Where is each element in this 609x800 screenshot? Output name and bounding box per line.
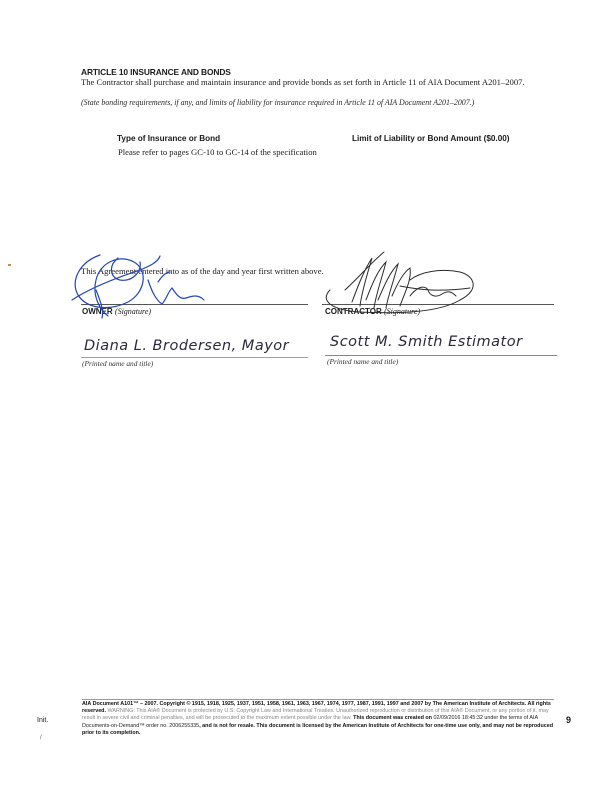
owner-printed-name: Diana L. Brodersen, Mayor: [84, 338, 289, 354]
footer-created-on: 02/09/2016 18:45:32: [433, 715, 482, 721]
article-heading: ARTICLE 10 INSURANCE AND BONDS: [81, 67, 231, 77]
article-note: (State bonding requirements, if any, and…: [81, 98, 551, 109]
scan-speck: [8, 264, 11, 266]
footer-rule: [82, 699, 554, 700]
article-body: The Contractor shall purchase and mainta…: [81, 77, 551, 88]
owner-printed-line: [81, 357, 308, 358]
owner-label-suffix: (Signature): [115, 307, 151, 316]
owner-signature-label: OWNER (Signature): [82, 307, 151, 316]
owner-printed-label: (Printed name and title): [82, 359, 153, 368]
initials-mark: /: [40, 735, 42, 741]
contractor-printed-line: [325, 355, 557, 356]
contractor-signature-label: CONTRACTOR (Signature): [325, 307, 420, 316]
owner-signature-ink: [0, 0, 609, 800]
footer-order-no: 2006255335: [169, 723, 199, 729]
contractor-signature-line: [322, 304, 554, 305]
column-header-limit: Limit of Liability or Bond Amount ($0.00…: [352, 134, 510, 143]
insurance-row-type: Please refer to pages GC-10 to GC-14 of …: [118, 147, 317, 157]
contractor-printed-name: Scott M. Smith Estimator: [330, 334, 523, 350]
contractor-signature-ink: [0, 0, 609, 800]
initials-label: Init.: [37, 717, 48, 724]
contractor-printed-label: (Printed name and title): [327, 357, 398, 366]
column-header-type: Type of Insurance or Bond: [117, 134, 220, 143]
owner-signature-line: [81, 304, 308, 305]
owner-label: OWNER: [82, 307, 113, 316]
agreement-statement: This Agreement entered into as of the da…: [81, 266, 324, 276]
footer-copyright: AIA Document A101™ – 2007. Copyright © 1…: [82, 701, 554, 737]
contractor-label: CONTRACTOR: [325, 307, 382, 316]
contractor-label-suffix: (Signature): [384, 307, 420, 316]
page-number: 9: [566, 715, 571, 725]
footer-created-prefix: This document was created on: [353, 715, 432, 721]
